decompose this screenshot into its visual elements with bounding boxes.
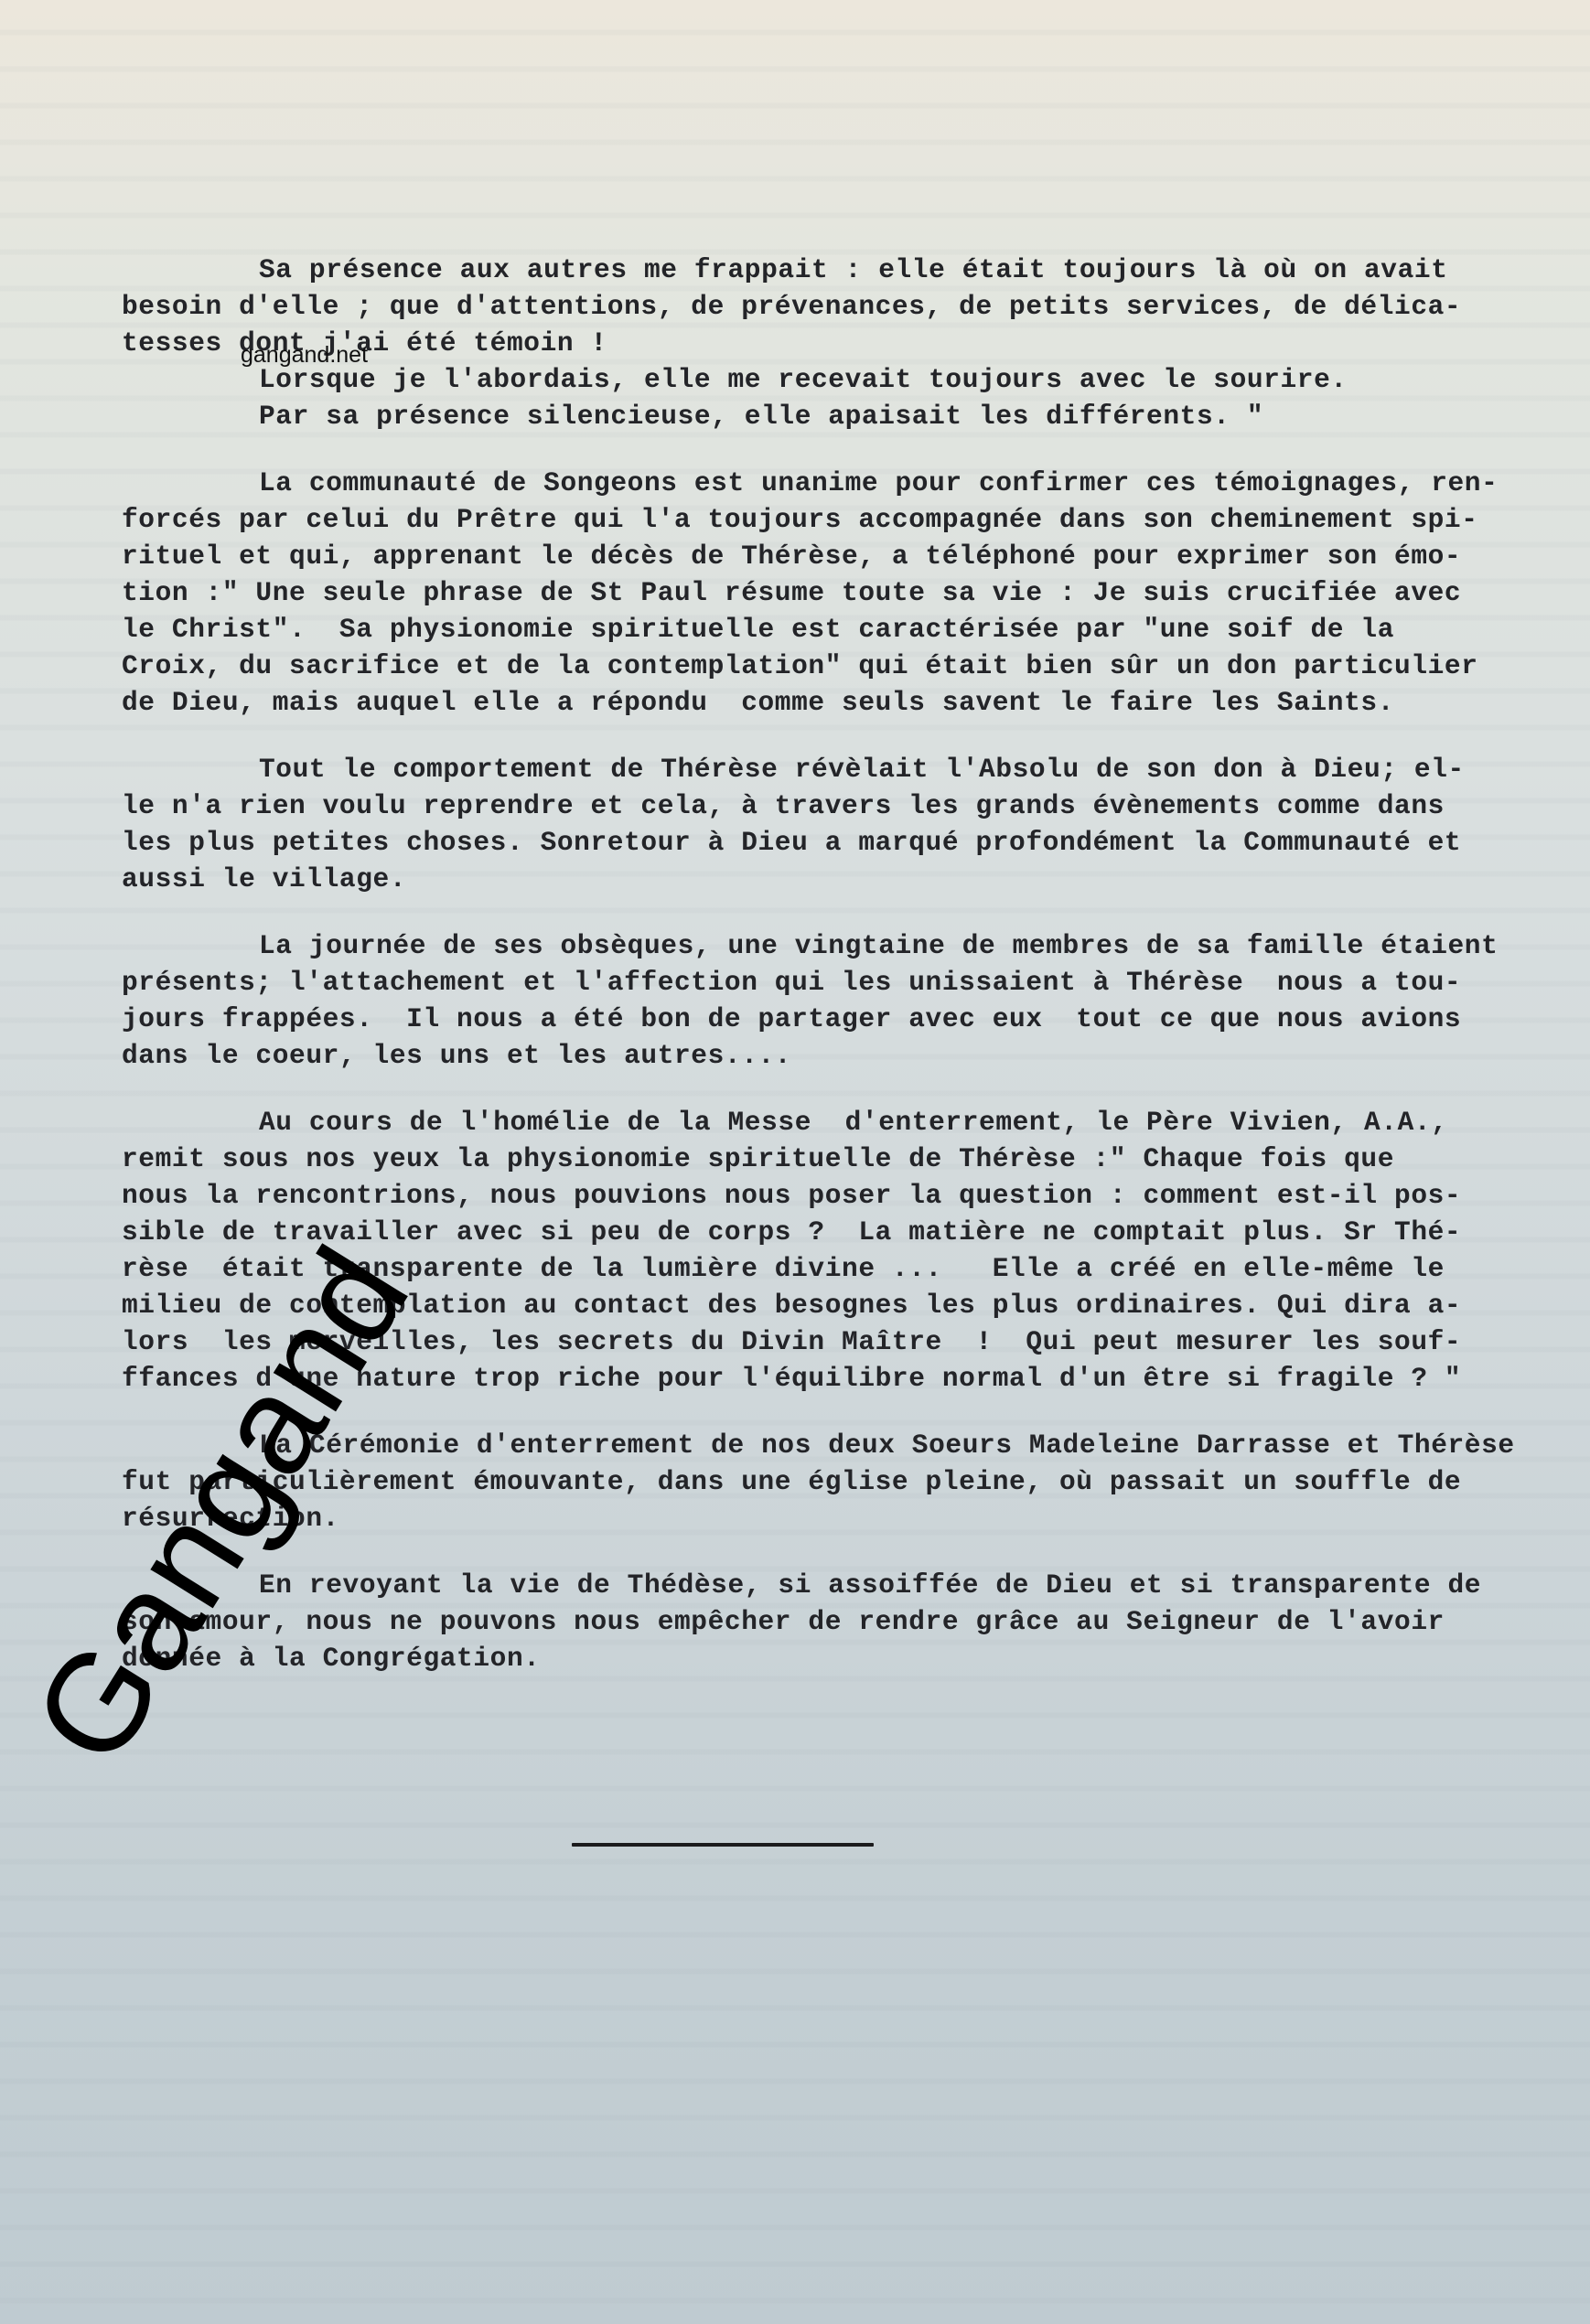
end-divider-line [572, 1843, 874, 1847]
typewritten-page: Sa présence aux autres me frappait : ell… [0, 0, 1590, 2324]
text-line: Par sa présence silencieuse, elle apaisa… [122, 398, 1549, 434]
text-line: de Dieu, mais auquel elle a répondu comm… [122, 684, 1549, 721]
text-line: La journée de ses obsèques, une vingtain… [122, 927, 1549, 964]
text-line: résurrection. [122, 1500, 1549, 1537]
text-line: rituel et qui, apprenant le décès de Thé… [122, 538, 1549, 574]
text-line: Croix, du sacrifice et de la contemplati… [122, 648, 1549, 684]
document-body: Sa présence aux autres me frappait : ell… [122, 252, 1549, 1707]
text-line: Sa présence aux autres me frappait : ell… [122, 252, 1549, 288]
text-line: nous la rencontrions, nous pouvions nous… [122, 1177, 1549, 1214]
text-line: le n'a rien voulu reprendre et cela, à t… [122, 787, 1549, 824]
watermark-url: gangand.net [241, 342, 368, 369]
text-line: tion :" Une seule phrase de St Paul résu… [122, 574, 1549, 611]
text-line: aussi le village. [122, 861, 1549, 897]
text-line: présents; l'attachement et l'affection q… [122, 964, 1549, 1001]
paragraph: La communauté de Songeons est unanime po… [122, 465, 1549, 721]
text-line: En revoyant la vie de Thédèse, si assoif… [122, 1567, 1549, 1603]
text-line: La communauté de Songeons est unanime po… [122, 465, 1549, 501]
text-line: son amour, nous ne pouvons nous empêcher… [122, 1603, 1549, 1640]
text-line: forcés par celui du Prêtre qui l'a toujo… [122, 501, 1549, 538]
text-line: les plus petites choses. Sonretour à Die… [122, 824, 1549, 861]
paragraph: Tout le comportement de Thérèse révèlait… [122, 751, 1549, 897]
text-line: Tout le comportement de Thérèse révèlait… [122, 751, 1549, 787]
text-line: Au cours de l'homélie de la Messe d'ente… [122, 1104, 1549, 1141]
text-line: le Christ". Sa physionomie spirituelle e… [122, 611, 1549, 648]
text-line: donnée à la Congrégation. [122, 1640, 1549, 1676]
text-line: dans le coeur, les uns et les autres.... [122, 1037, 1549, 1074]
text-line: jours frappées. Il nous a été bon de par… [122, 1001, 1549, 1037]
text-line: fut particulièrement émouvante, dans une… [122, 1463, 1549, 1500]
text-line: besoin d'elle ; que d'attentions, de pré… [122, 288, 1549, 325]
text-line: remit sous nos yeux la physionomie spiri… [122, 1141, 1549, 1177]
paragraph: La journée de ses obsèques, une vingtain… [122, 927, 1549, 1074]
paragraph: En revoyant la vie de Thédèse, si assoif… [122, 1567, 1549, 1676]
